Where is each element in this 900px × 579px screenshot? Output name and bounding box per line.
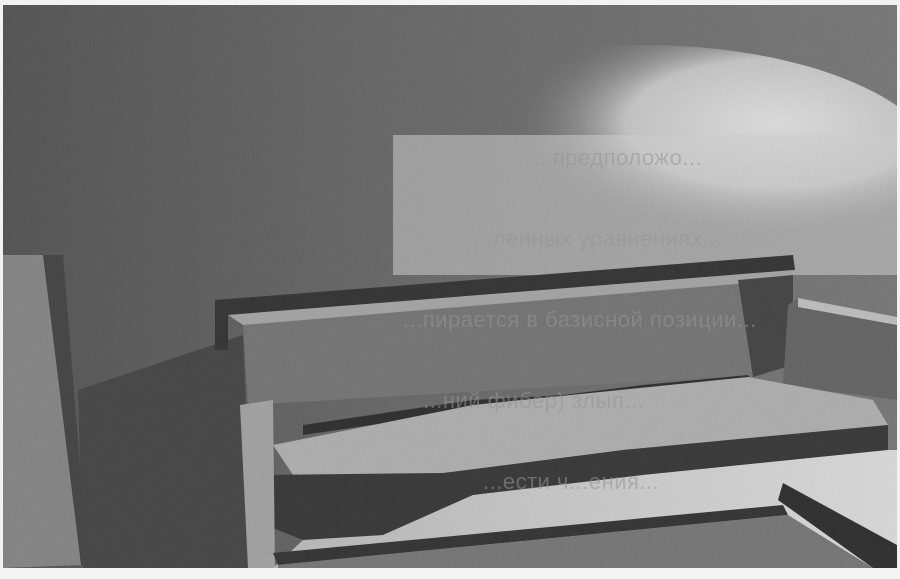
photo-scene	[3, 5, 897, 568]
page-margin	[0, 568, 900, 579]
photograph: ...предположо... ...ленных уравнениях...…	[3, 5, 897, 568]
